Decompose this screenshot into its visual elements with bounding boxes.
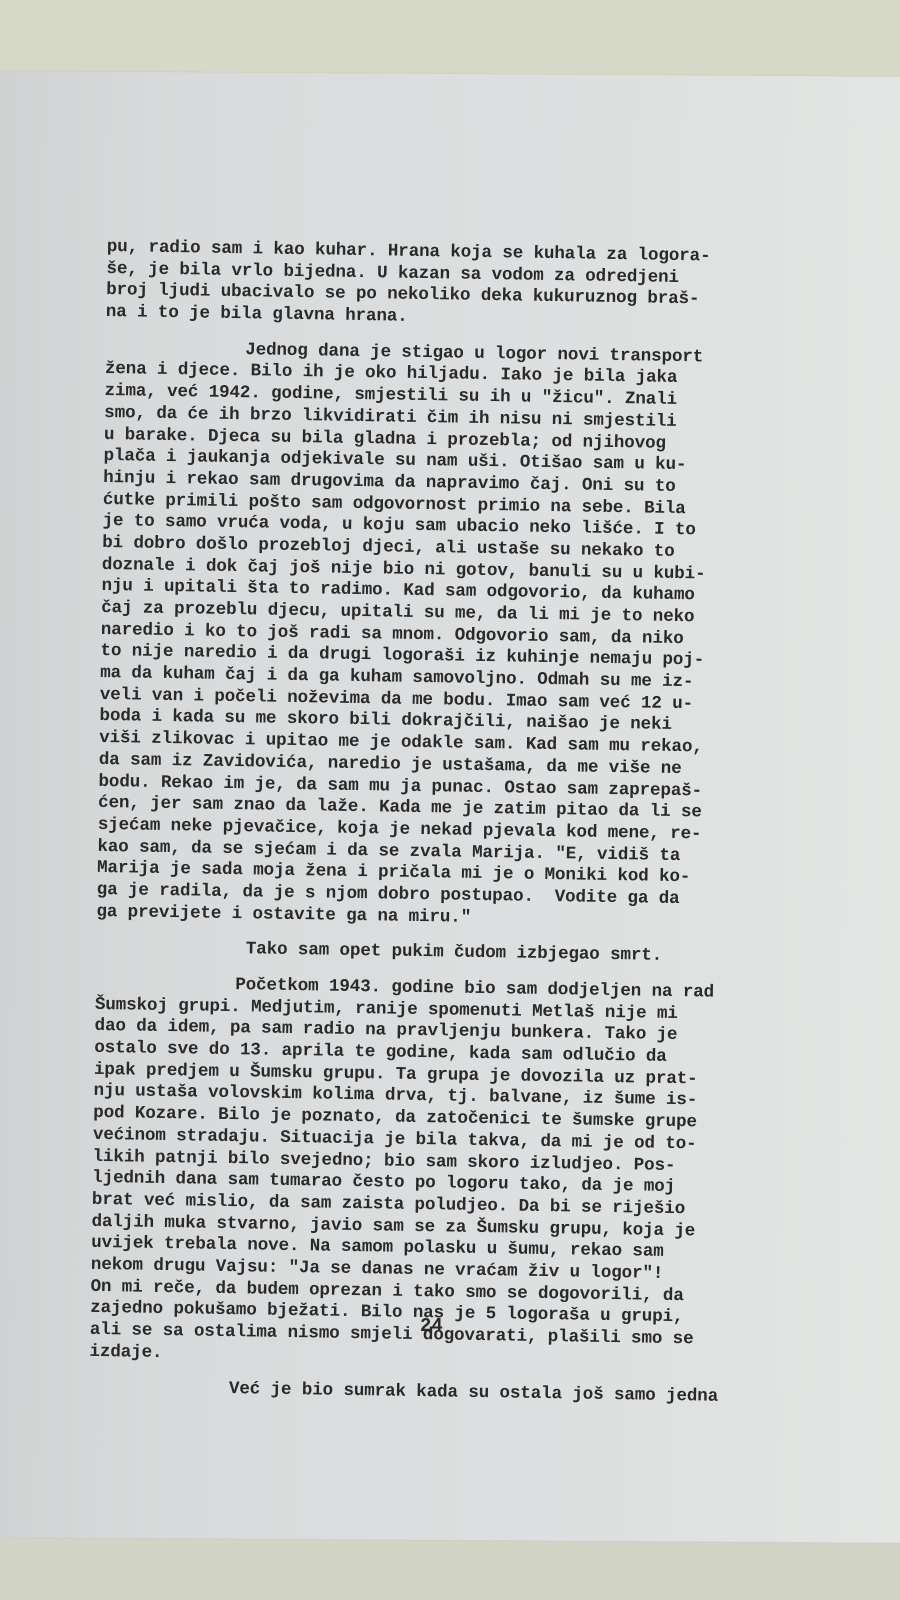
paragraph-container: pu, radio sam i kao kuhar. Hrana koja se… <box>89 237 847 1411</box>
paragraph-p1: pu, radio sam i kao kuhar. Hrana koja se… <box>106 237 847 335</box>
paragraph-p4: Početkom 1943. godine bio sam dodjeljen … <box>89 973 835 1375</box>
page-number: 24 <box>420 1315 443 1337</box>
paragraph-p2: Jednog dana je stigao u logor novi trans… <box>96 338 845 935</box>
typewritten-text: pu, radio sam i kao kuhar. Hrana koja se… <box>89 237 847 1411</box>
